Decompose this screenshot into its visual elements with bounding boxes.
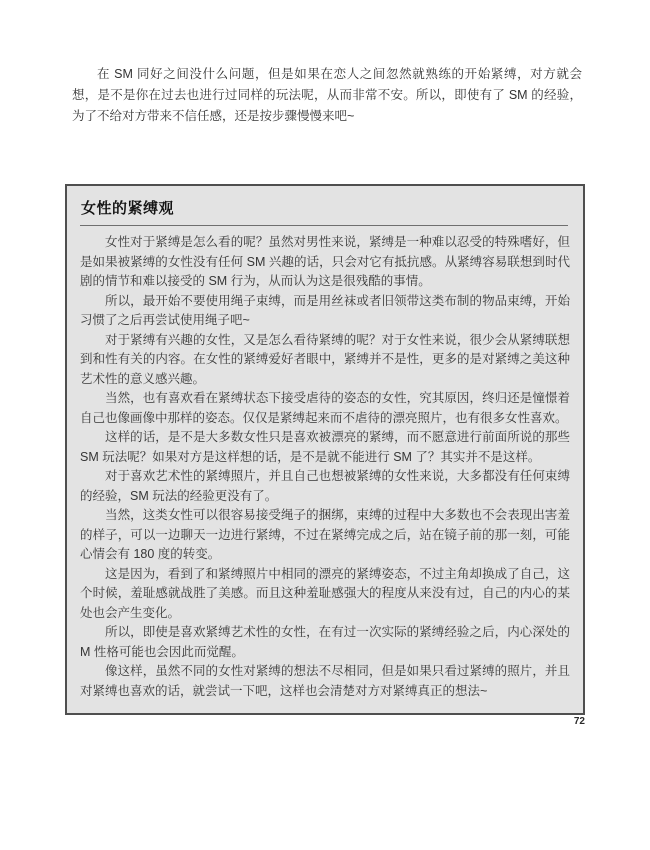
section-body: 女性对于紧缚是怎么看的呢？虽然对男性来说，紧缚是一种难以忍受的特殊嗜好，但是如果… (80, 226, 570, 701)
body-paragraph: 这样的话，是不是大多数女性只是喜欢被漂亮的紧缚，而不愿意进行前面所说的那些 SM… (80, 428, 570, 467)
document-page: 在 SM 同好之间没什么问题，但是如果在恋人之间忽然就熟练的开始紧缚，对方就会想… (0, 0, 650, 850)
section-box: 女性的紧缚观 女性对于紧缚是怎么看的呢？虽然对男性来说，紧缚是一种难以忍受的特殊… (65, 184, 585, 715)
intro-paragraph: 在 SM 同好之间没什么问题，但是如果在恋人之间忽然就熟练的开始紧缚，对方就会想… (0, 0, 650, 127)
body-paragraph: 对于喜欢艺术性的紧缚照片，并且自己也想被紧缚的女性来说，大多都没有任何束缚的经验… (80, 467, 570, 506)
body-paragraph: 像这样，虽然不同的女性对紧缚的想法不尽相同，但是如果只看过紧缚的照片，并且对紧缚… (80, 662, 570, 701)
page-number: 72 (0, 716, 585, 727)
body-paragraph: 女性对于紧缚是怎么看的呢？虽然对男性来说，紧缚是一种难以忍受的特殊嗜好，但是如果… (80, 233, 570, 292)
body-paragraph: 所以，即使是喜欢紧缚艺术性的女性，在有过一次实际的紧缚经验之后，内心深处的 M … (80, 623, 570, 662)
body-paragraph: 当然，这类女性可以很容易接受绳子的捆绑，束缚的过程中大多数也不会表现出害羞的样子… (80, 506, 570, 565)
section-title: 女性的紧缚观 (80, 194, 570, 225)
body-paragraph: 当然，也有喜欢看在紧缚状态下接受虐待的姿态的女性，究其原因，终归还是憧憬着自己也… (80, 389, 570, 428)
body-paragraph: 这是因为，看到了和紧缚照片中相同的漂亮的紧缚姿态，不过主角却换成了自己，这个时候… (80, 565, 570, 624)
body-paragraph: 对于紧缚有兴趣的女性，又是怎么看待紧缚的呢？对于女性来说，很少会从紧缚联想到和性… (80, 331, 570, 390)
body-paragraph: 所以，最开始不要使用绳子束缚，而是用丝袜或者旧领带这类布制的物品束缚，开始习惯了… (80, 292, 570, 331)
